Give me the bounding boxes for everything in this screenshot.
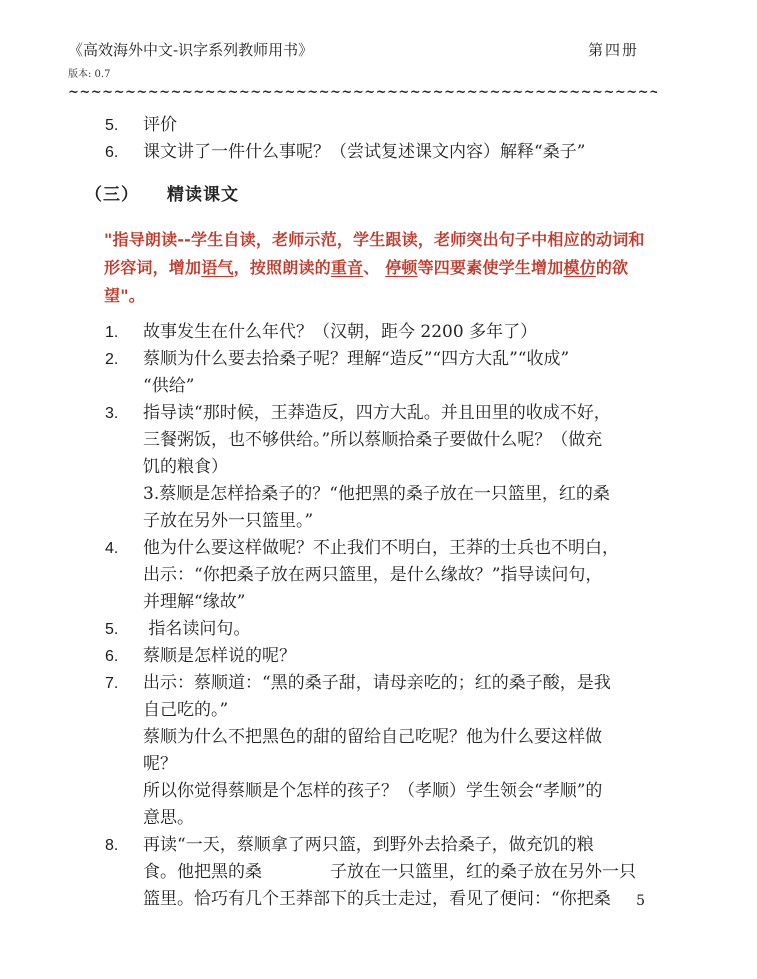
item-number: 1.: [105, 319, 143, 346]
text-line: 指名读问句。: [143, 616, 657, 643]
list-item: 2.蔡顺为什么要去拾桑子呢？理解“造反”“四方大乱”“收成”“供给”: [105, 346, 657, 400]
item-number: 4.: [105, 535, 143, 562]
text-line: 意思。: [143, 805, 657, 832]
list-item: 6.蔡顺是怎样说的呢？: [105, 643, 657, 670]
guidance-note: "指导朗读--学生自读，老师示范，学生跟读，老师突出句子中相应的动词和形容词，增…: [104, 226, 652, 310]
guidance-text: 等四要素使学生增加: [418, 258, 564, 277]
list-item: 8.再读“一天，蔡顺拿了两只篮，到野外去拾桑子，做充饥的粮食。他把黑的桑 子放在…: [105, 832, 657, 913]
list-item: 5. 指名读问句。: [105, 616, 657, 643]
text-line: 评价: [143, 112, 657, 139]
text-line: 饥的粮食）: [143, 454, 657, 481]
text-line: 3.蔡顺是怎样拾桑子的？“他把黑的桑子放在一只篮里，红的桑: [143, 481, 657, 508]
version-label: 版本: 0.7: [68, 65, 657, 80]
text-line: 三餐粥饭，也不够供给。”所以蔡顺拾桑子要做什么呢？（做充: [143, 427, 657, 454]
list-item: 6.课文讲了一件什么事呢？（尝试复述课文内容）解释“桑子”: [105, 139, 657, 166]
item-text: 出示：蔡顺道：“黑的桑子甜，请母亲吃的；红的桑子酸，是我自己吃的。”蔡顺为什么不…: [143, 670, 657, 832]
item-text: 故事发生在什么年代？（汉朝，距今 2200 多年了）: [143, 319, 657, 346]
item-text: 指导读“那时候，王莽造反，四方大乱。并且田里的收成不好，三餐粥饭，也不够供给。”…: [143, 400, 657, 535]
guidance-keyword: 语气: [201, 258, 233, 277]
guidance-keyword: 停顿: [385, 258, 417, 277]
volume-label: 第四册: [588, 40, 639, 60]
guidance-keyword: 模仿: [563, 258, 595, 277]
item-text: 蔡顺是怎样说的呢？: [143, 643, 657, 670]
item-number: 5.: [105, 112, 143, 139]
text-line: 子放在另外一只篮里。”: [143, 508, 657, 535]
item-text: 蔡顺为什么要去拾桑子呢？理解“造反”“四方大乱”“收成”“供给”: [143, 346, 657, 400]
text-line: 并理解“缘故”: [143, 589, 657, 616]
text-line: 自己吃的。”: [143, 697, 657, 724]
text-line: 出示：蔡顺道：“黑的桑子甜，请母亲吃的；红的桑子酸，是我: [143, 670, 657, 697]
item-text: 评价: [143, 112, 657, 139]
text-line: 出示：“你把桑子放在两只篮里，是什么缘故？”指导读问句，: [143, 562, 657, 589]
item-number: 2.: [105, 346, 143, 373]
text-line: 所以你觉得蔡顺是个怎样的孩子？（孝顺）学生领会“孝顺”的: [143, 778, 657, 805]
list-item: 7.出示：蔡顺道：“黑的桑子甜，请母亲吃的；红的桑子酸，是我自己吃的。”蔡顺为什…: [105, 670, 657, 832]
list-item: 5.评价: [105, 112, 657, 139]
section-number: （三）: [85, 182, 139, 209]
text-line: 再读“一天，蔡顺拿了两只篮，到野外去拾桑子，做充饥的粮: [143, 832, 657, 859]
item-text: 再读“一天，蔡顺拿了两只篮，到野外去拾桑子，做充饥的粮食。他把黑的桑 子放在一只…: [143, 832, 657, 913]
document-page: 《高效海外中文-识字系列教师用书》 第四册 版本: 0.7 ~~~~~~~~~~…: [0, 0, 757, 979]
page-header: 《高效海外中文-识字系列教师用书》 第四册: [68, 40, 657, 60]
text-line: 指导读“那时候，王莽造反，四方大乱。并且田里的收成不好，: [143, 400, 657, 427]
text-line: 故事发生在什么年代？（汉朝，距今 2200 多年了）: [143, 319, 657, 346]
text-line: 他为什么要这样做呢？不止我们不明白，王莽的士兵也不明白，: [143, 535, 657, 562]
item-text: 他为什么要这样做呢？不止我们不明白，王莽的士兵也不明白，出示：“你把桑子放在两只…: [143, 535, 657, 616]
guidance-text: 、: [363, 258, 385, 277]
guidance-keyword: 重音: [331, 258, 363, 277]
item-text: 指名读问句。: [143, 616, 657, 643]
page-number: 5: [636, 893, 645, 909]
text-line: 呢？: [143, 751, 657, 778]
text-line: 蔡顺是怎样说的呢？: [143, 643, 657, 670]
item-number: 8.: [105, 832, 143, 859]
list-item: 4.他为什么要这样做呢？不止我们不明白，王莽的士兵也不明白，出示：“你把桑子放在…: [105, 535, 657, 616]
item-text: 课文讲了一件什么事呢？（尝试复述课文内容）解释“桑子”: [143, 139, 657, 166]
intro-list: 5.评价6.课文讲了一件什么事呢？（尝试复述课文内容）解释“桑子”: [68, 112, 657, 166]
question-list: 1.故事发生在什么年代？（汉朝，距今 2200 多年了）2.蔡顺为什么要去拾桑子…: [68, 319, 657, 913]
text-line: 篮里。恰巧有几个王莽部下的兵士走过，看见了便问：“你把桑: [143, 886, 657, 913]
tilde-divider: ~~~~~~~~~~~~~~~~~~~~~~~~~~~~~~~~~~~~~~~~…: [68, 86, 657, 100]
item-number: 5.: [105, 616, 143, 643]
list-item: 3.指导读“那时候，王莽造反，四方大乱。并且田里的收成不好，三餐粥饭，也不够供给…: [105, 400, 657, 535]
text-line: 蔡顺为什么要去拾桑子呢？理解“造反”“四方大乱”“收成”: [143, 346, 657, 373]
item-number: 3.: [105, 400, 143, 427]
list-item: 1.故事发生在什么年代？（汉朝，距今 2200 多年了）: [105, 319, 657, 346]
item-number: 6.: [105, 139, 143, 166]
section-title: 精读课文: [167, 182, 239, 209]
text-line: “供给”: [143, 373, 657, 400]
text-line: 课文讲了一件什么事呢？（尝试复述课文内容）解释“桑子”: [143, 139, 657, 166]
text-line: 蔡顺为什么不把黑色的甜的留给自己吃呢？他为什么要这样做: [143, 724, 657, 751]
guidance-text: ，按照朗读的: [234, 258, 331, 277]
book-title: 《高效海外中文-识字系列教师用书》: [68, 40, 313, 60]
text-line: 食。他把黑的桑 子放在一只篮里，红的桑子放在另外一只: [143, 859, 657, 886]
item-number: 7.: [105, 670, 143, 697]
section-heading: （三） 精读课文: [85, 182, 657, 209]
item-number: 6.: [105, 643, 143, 670]
